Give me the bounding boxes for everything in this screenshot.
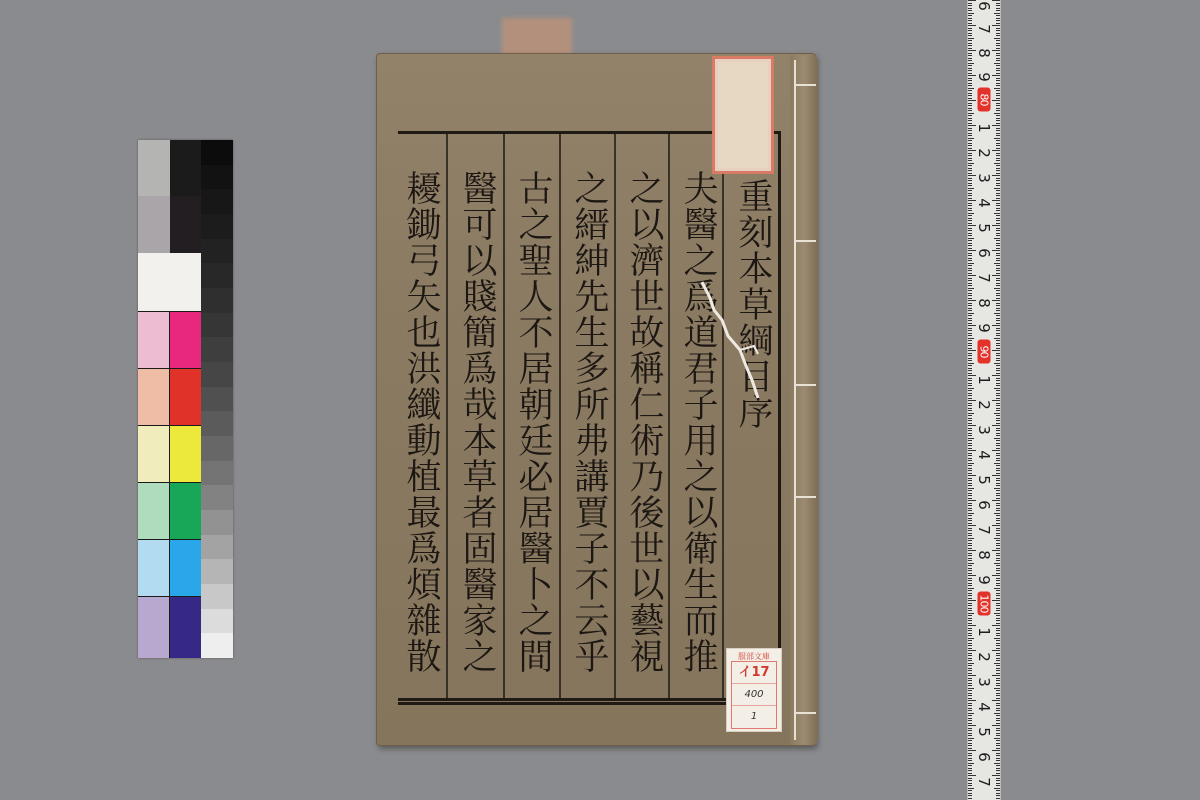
ruler-tick bbox=[996, 223, 1000, 224]
ruler-tick bbox=[996, 508, 1000, 509]
ruler-tick bbox=[994, 38, 1000, 39]
ruler-tick bbox=[968, 563, 974, 564]
ruler-tick bbox=[992, 200, 1000, 201]
ruler-tick bbox=[994, 513, 1000, 514]
ruler-tick bbox=[968, 80, 972, 81]
ruler-tick bbox=[968, 603, 972, 604]
ruler-tick bbox=[968, 463, 974, 464]
patch-gray-mauve bbox=[138, 196, 170, 253]
ruler-tick bbox=[968, 230, 972, 231]
ruler-tick bbox=[968, 723, 972, 724]
call-number: イ17 bbox=[732, 662, 776, 684]
ruler-tick bbox=[996, 405, 1000, 406]
ruler-tick bbox=[968, 205, 972, 206]
ruler-label: 5 bbox=[975, 221, 993, 235]
ruler-tick bbox=[968, 318, 972, 319]
ruler-tick bbox=[994, 563, 1000, 564]
ruler-tick bbox=[996, 578, 1000, 579]
ruler-tick bbox=[968, 410, 972, 411]
ruler-tick bbox=[996, 560, 1000, 561]
ruler-tick bbox=[996, 548, 1000, 549]
ruler-tick bbox=[968, 13, 974, 14]
ruler-tick bbox=[968, 63, 974, 64]
ruler-tick bbox=[996, 615, 1000, 616]
ruler-tick bbox=[996, 623, 1000, 624]
ruler-tick bbox=[992, 275, 1000, 276]
ruler-tick bbox=[968, 518, 972, 519]
ruler-tick bbox=[996, 33, 1000, 34]
ruler-tick bbox=[996, 458, 1000, 459]
ruler-tick bbox=[996, 483, 1000, 484]
ruler-tick bbox=[996, 685, 1000, 686]
ruler-tick bbox=[968, 448, 972, 449]
ruler-tick bbox=[968, 515, 972, 516]
ruler-tick bbox=[996, 180, 1000, 181]
ruler-tick bbox=[994, 63, 1000, 64]
ruler-tick bbox=[968, 455, 972, 456]
ruler-tick bbox=[968, 265, 972, 266]
ruler-tick bbox=[968, 643, 972, 644]
ruler-tick bbox=[996, 43, 1000, 44]
patch-gray-light bbox=[138, 140, 170, 196]
ruler-tick bbox=[996, 5, 1000, 6]
ruler-tick bbox=[968, 540, 972, 541]
ruler-tick bbox=[996, 195, 1000, 196]
ruler-tick bbox=[968, 78, 972, 79]
ruler-label: 8 bbox=[975, 548, 993, 562]
print-frame-bottom bbox=[398, 698, 781, 701]
ruler-tick bbox=[968, 103, 972, 104]
ruler-tick bbox=[968, 553, 972, 554]
ruler-tick bbox=[996, 520, 1000, 521]
ruler-tick bbox=[968, 528, 972, 529]
ruler-label: 8 bbox=[975, 296, 993, 310]
ruler-tick bbox=[968, 768, 972, 769]
ruler-label: 4 bbox=[975, 700, 993, 714]
patch-yellow-light bbox=[138, 426, 169, 482]
ruler-tick bbox=[968, 783, 972, 784]
ruler-tick bbox=[968, 143, 972, 144]
ruler-tick bbox=[968, 58, 972, 59]
ruler-tick bbox=[968, 363, 974, 364]
ruler-tick bbox=[968, 313, 974, 314]
ruler-tick bbox=[996, 643, 1000, 644]
ruler-tick bbox=[968, 473, 972, 474]
ruler-tick bbox=[996, 783, 1000, 784]
ruler-tick bbox=[968, 615, 972, 616]
ruler-tick bbox=[996, 453, 1000, 454]
ruler-tick bbox=[968, 470, 972, 471]
ruler-tick bbox=[968, 288, 974, 289]
ruler-tick bbox=[968, 618, 972, 619]
ruler-tick bbox=[968, 693, 972, 694]
ruler-tick bbox=[992, 475, 1000, 476]
ruler-tick bbox=[996, 103, 1000, 104]
ruler-tick bbox=[968, 295, 972, 296]
ruler-tick bbox=[968, 183, 972, 184]
ruler-label: 6 bbox=[975, 0, 993, 13]
ruler-tick bbox=[994, 288, 1000, 289]
ruler-tick bbox=[968, 708, 972, 709]
ruler-tick bbox=[996, 330, 1000, 331]
ruler-label: 1 bbox=[975, 625, 993, 639]
ruler-tick bbox=[968, 10, 972, 11]
ruler-tick bbox=[968, 718, 972, 719]
ruler-tick bbox=[968, 398, 972, 399]
ruler-tick bbox=[996, 503, 1000, 504]
ruler-tick bbox=[996, 8, 1000, 9]
ruler-tick bbox=[996, 693, 1000, 694]
ruler-tick bbox=[968, 633, 972, 634]
ruler-tick bbox=[996, 530, 1000, 531]
ruler-tick bbox=[996, 455, 1000, 456]
ruler-tick bbox=[996, 378, 1000, 379]
ruler-tick bbox=[968, 55, 972, 56]
ruler-tick bbox=[996, 393, 1000, 394]
ruler-tick bbox=[996, 698, 1000, 699]
ruler-label: 7 bbox=[975, 22, 993, 36]
ruler-tick bbox=[996, 93, 1000, 94]
ruler-tick bbox=[996, 358, 1000, 359]
binding-stitch-4 bbox=[794, 496, 816, 498]
ruler-tick bbox=[996, 265, 1000, 266]
ruler-tick bbox=[996, 305, 1000, 306]
ruler-tick bbox=[996, 653, 1000, 654]
ruler-tick bbox=[996, 745, 1000, 746]
ruler-tick bbox=[968, 280, 972, 281]
ruler-tick bbox=[992, 375, 1000, 376]
ruler-tick bbox=[996, 208, 1000, 209]
ruler-tick bbox=[996, 570, 1000, 571]
ruler-tick bbox=[968, 93, 972, 94]
ruler-tick bbox=[968, 155, 972, 156]
patch-black bbox=[170, 140, 201, 196]
ruler-tick bbox=[996, 10, 1000, 11]
ruler-tick bbox=[996, 148, 1000, 149]
ruler-tick bbox=[996, 120, 1000, 121]
ruler-label: 9 bbox=[975, 70, 993, 84]
ruler-tick bbox=[994, 338, 1000, 339]
ruler-tick bbox=[996, 493, 1000, 494]
ruler-tick bbox=[968, 558, 972, 559]
ruler-tick bbox=[996, 58, 1000, 59]
ruler-tick bbox=[968, 790, 972, 791]
ruler-tick bbox=[992, 50, 1000, 51]
ruler-tick bbox=[996, 555, 1000, 556]
ruler-tick bbox=[996, 328, 1000, 329]
ruler-tick bbox=[996, 673, 1000, 674]
ruler-tick bbox=[968, 243, 972, 244]
ruler-tick bbox=[996, 235, 1000, 236]
ruler-tick bbox=[996, 535, 1000, 536]
ruler-tick bbox=[968, 208, 972, 209]
ruler-tick bbox=[996, 365, 1000, 366]
ruler-tick bbox=[968, 218, 972, 219]
ruler-tick bbox=[968, 745, 972, 746]
ruler-tick bbox=[968, 383, 972, 384]
ruler-tick bbox=[968, 30, 972, 31]
ruler-tick bbox=[968, 428, 972, 429]
ruler-tick bbox=[968, 593, 972, 594]
ruler-tick bbox=[996, 260, 1000, 261]
ruler-tick bbox=[996, 373, 1000, 374]
ruler-tick bbox=[968, 595, 972, 596]
ruler-tick bbox=[996, 473, 1000, 474]
ruler-tick bbox=[996, 118, 1000, 119]
ruler-tick bbox=[968, 193, 972, 194]
ruler-tick bbox=[996, 695, 1000, 696]
title-slip-label bbox=[712, 56, 774, 174]
ruler-tick bbox=[996, 383, 1000, 384]
ruler-tick bbox=[968, 123, 972, 124]
patch-white bbox=[138, 253, 201, 311]
ruler-tick bbox=[996, 35, 1000, 36]
ruler-tick bbox=[968, 203, 972, 204]
ruler-tick bbox=[968, 310, 972, 311]
ruler-tick bbox=[996, 48, 1000, 49]
ruler-tick bbox=[968, 510, 972, 511]
ruler-tick bbox=[994, 688, 1000, 689]
ruler-tick bbox=[968, 65, 972, 66]
ruler-tick bbox=[996, 433, 1000, 434]
ruler-tick bbox=[992, 525, 1000, 526]
ruler-tick bbox=[996, 680, 1000, 681]
ruler-tick bbox=[992, 425, 1000, 426]
ruler-tick bbox=[968, 178, 972, 179]
ruler-tick bbox=[996, 368, 1000, 369]
ruler-tick bbox=[968, 333, 972, 334]
ruler-tick bbox=[996, 318, 1000, 319]
ruler-tick bbox=[968, 430, 972, 431]
ruler-tick bbox=[992, 725, 1000, 726]
patch-red bbox=[170, 369, 201, 425]
ruler-tick bbox=[968, 378, 972, 379]
ruler-tick bbox=[968, 305, 972, 306]
ruler-tick bbox=[968, 658, 972, 659]
ruler-tick bbox=[996, 743, 1000, 744]
ruler-tick bbox=[996, 85, 1000, 86]
ruler-tick bbox=[996, 295, 1000, 296]
binding-stitch-3 bbox=[794, 384, 816, 386]
ruler-tick bbox=[996, 165, 1000, 166]
ruler-tick bbox=[992, 250, 1000, 251]
ruler-label: 2 bbox=[975, 650, 993, 664]
ruler-tick bbox=[968, 180, 972, 181]
ruler-tick bbox=[996, 355, 1000, 356]
ruler-tick bbox=[992, 775, 1000, 776]
ruler-tick bbox=[996, 443, 1000, 444]
ruler-tick bbox=[968, 188, 974, 189]
ruler-tick bbox=[968, 778, 972, 779]
ruler-tick bbox=[968, 290, 972, 291]
ruler-tick bbox=[996, 648, 1000, 649]
ruler-tick bbox=[996, 748, 1000, 749]
ruler-tick bbox=[968, 88, 974, 89]
ruler-tick bbox=[996, 95, 1000, 96]
ruler-tick bbox=[996, 15, 1000, 16]
ruler-tick bbox=[996, 60, 1000, 61]
ruler-tick bbox=[994, 538, 1000, 539]
ruler-tick bbox=[996, 18, 1000, 19]
ruler-tick bbox=[996, 3, 1000, 4]
ruler-tick bbox=[968, 15, 972, 16]
ruler-tick bbox=[968, 548, 972, 549]
ruler-tick bbox=[968, 458, 972, 459]
ruler-tick bbox=[992, 325, 1000, 326]
ruler-tick bbox=[968, 755, 972, 756]
ruler-tick bbox=[968, 798, 972, 799]
ruler-tick bbox=[968, 623, 972, 624]
ruler-tick bbox=[968, 793, 972, 794]
ruler-tick bbox=[996, 240, 1000, 241]
ruler-tick bbox=[996, 790, 1000, 791]
ruler-tick bbox=[996, 730, 1000, 731]
ruler-tick bbox=[996, 193, 1000, 194]
ruler-tick bbox=[994, 788, 1000, 789]
ruler-tick bbox=[968, 135, 972, 136]
ruler-tick bbox=[994, 163, 1000, 164]
ruler-tick bbox=[968, 348, 972, 349]
binding-stitch-2 bbox=[794, 240, 816, 242]
ruler-tick bbox=[996, 285, 1000, 286]
ruler-tick bbox=[994, 488, 1000, 489]
ruler-tick bbox=[968, 213, 974, 214]
ruler-tick bbox=[996, 598, 1000, 599]
ruler-tick bbox=[968, 523, 972, 524]
ruler-tick bbox=[996, 245, 1000, 246]
ruler-tick bbox=[996, 608, 1000, 609]
ruler-tick bbox=[994, 713, 1000, 714]
ruler-tick bbox=[996, 230, 1000, 231]
ruler-tick bbox=[996, 480, 1000, 481]
ruler-tick bbox=[996, 640, 1000, 641]
ruler-tick bbox=[996, 755, 1000, 756]
ruler-tick bbox=[968, 493, 972, 494]
ruler-tick bbox=[968, 370, 972, 371]
ruler-tick bbox=[994, 363, 1000, 364]
ruler-tick bbox=[968, 268, 972, 269]
ruler-tick bbox=[996, 403, 1000, 404]
ruler-tick bbox=[996, 168, 1000, 169]
ruler-tick bbox=[996, 155, 1000, 156]
ruler-tick bbox=[996, 528, 1000, 529]
ruler-tick bbox=[968, 740, 972, 741]
ruler-tick bbox=[996, 218, 1000, 219]
ruler-label: 7 bbox=[975, 271, 993, 285]
ruler-tick bbox=[996, 768, 1000, 769]
ruler-tick bbox=[968, 335, 972, 336]
ruler-tick bbox=[996, 573, 1000, 574]
ruler-tick bbox=[968, 495, 972, 496]
ruler-tick bbox=[996, 435, 1000, 436]
ruler-tick bbox=[968, 240, 972, 241]
ruler-tick bbox=[968, 248, 972, 249]
ruler-tick bbox=[968, 705, 972, 706]
ruler-tick bbox=[996, 290, 1000, 291]
ruler-tick bbox=[996, 115, 1000, 116]
patch-yellow bbox=[170, 426, 201, 482]
ruler-tick bbox=[996, 495, 1000, 496]
ruler-tick bbox=[996, 668, 1000, 669]
ruler-tick bbox=[994, 188, 1000, 189]
ruler-tick bbox=[996, 28, 1000, 29]
ruler-tick bbox=[996, 273, 1000, 274]
ruler-tick bbox=[968, 235, 972, 236]
ruler-tick bbox=[968, 610, 972, 611]
ruler-tick bbox=[968, 670, 972, 671]
ruler-tick bbox=[968, 8, 972, 9]
ruler-tick bbox=[996, 30, 1000, 31]
ruler-tick bbox=[968, 738, 974, 739]
ruler-tick bbox=[996, 65, 1000, 66]
ruler-tick bbox=[968, 228, 972, 229]
ruler-tick bbox=[968, 713, 974, 714]
ruler-tick bbox=[968, 20, 972, 21]
ruler-tick bbox=[968, 158, 972, 159]
ruler-tick bbox=[996, 620, 1000, 621]
ruler-tick bbox=[968, 43, 972, 44]
ruler-tick bbox=[968, 223, 972, 224]
ruler-tick bbox=[968, 583, 972, 584]
ruler-tick bbox=[996, 580, 1000, 581]
ruler-tick bbox=[996, 408, 1000, 409]
ruler-tick bbox=[968, 673, 972, 674]
ruler-label: 3 bbox=[975, 675, 993, 689]
ruler-tick bbox=[996, 360, 1000, 361]
ruler-tick bbox=[996, 785, 1000, 786]
ruler-tick bbox=[996, 303, 1000, 304]
ruler-tick bbox=[996, 190, 1000, 191]
ruler-tick bbox=[996, 773, 1000, 774]
ruler-tick bbox=[996, 23, 1000, 24]
ruler-tick bbox=[968, 585, 972, 586]
ruler-tick bbox=[968, 728, 972, 729]
ruler-tick bbox=[996, 590, 1000, 591]
ruler-tick bbox=[968, 33, 972, 34]
ruler-tick bbox=[994, 13, 1000, 14]
ruler-tick bbox=[996, 793, 1000, 794]
ruler-tick bbox=[996, 310, 1000, 311]
ruler-tick bbox=[996, 515, 1000, 516]
ruler-tick bbox=[968, 98, 972, 99]
ruler-tick bbox=[996, 468, 1000, 469]
ruler-tick bbox=[996, 170, 1000, 171]
ruler-label: 3 bbox=[975, 171, 993, 185]
handwritten-volume: 1 bbox=[732, 706, 776, 727]
ruler-tick bbox=[968, 545, 972, 546]
ruler-tick bbox=[968, 408, 972, 409]
ruler-tick bbox=[996, 670, 1000, 671]
ruler-tick bbox=[996, 683, 1000, 684]
ruler-tick bbox=[968, 578, 972, 579]
ruler-tick bbox=[996, 40, 1000, 41]
ruler-tick bbox=[994, 588, 1000, 589]
ruler-tick bbox=[968, 115, 972, 116]
ruler-tick bbox=[968, 153, 972, 154]
ruler-tick bbox=[992, 125, 1000, 126]
ruler-tick bbox=[968, 698, 972, 699]
ruler-tick bbox=[968, 358, 972, 359]
ruler-tick bbox=[996, 758, 1000, 759]
library-label-box: イ17 400 1 bbox=[731, 661, 777, 729]
ruler-tick bbox=[996, 423, 1000, 424]
ruler-tick bbox=[996, 243, 1000, 244]
text-column: 之以濟世故稱仁術乃後世以藝視 bbox=[616, 170, 672, 674]
ruler-tick bbox=[996, 655, 1000, 656]
ruler-tick bbox=[996, 633, 1000, 634]
ruler-tick bbox=[968, 160, 972, 161]
ruler-tick bbox=[968, 110, 972, 111]
